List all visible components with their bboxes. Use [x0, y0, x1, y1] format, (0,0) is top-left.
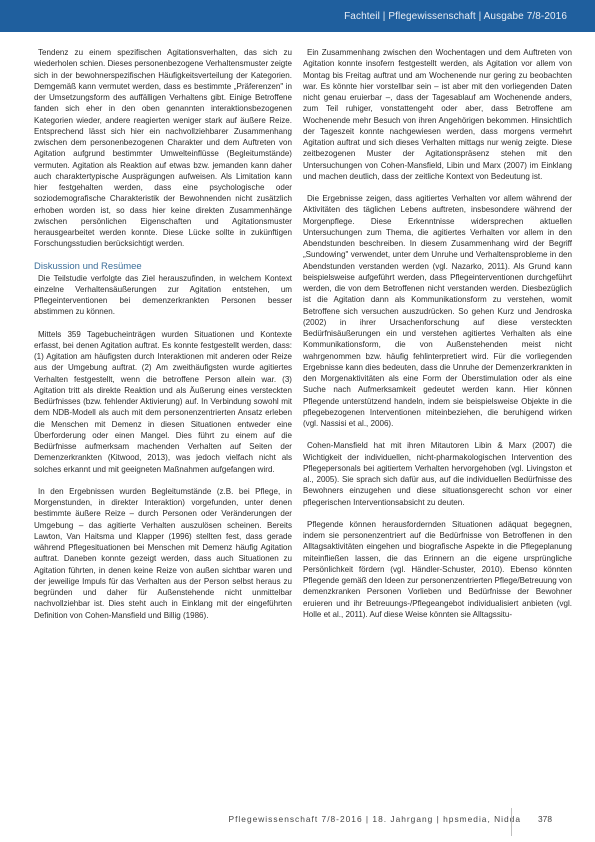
footer-divider	[511, 808, 512, 836]
footer-publication-info: Pflegewissenschaft 7/8-2016 | 18. Jahrga…	[229, 814, 521, 824]
paragraph: Die Teilstudie verfolgte das Ziel heraus…	[34, 273, 292, 318]
page-footer: Pflegewissenschaft 7/8-2016 | 18. Jahrga…	[0, 812, 595, 832]
paragraph: Tendenz zu einem spezifischen Agitations…	[34, 47, 292, 250]
paragraph: Cohen-Mansfield hat mit ihren Mitautoren…	[303, 440, 572, 508]
header-title: Fachteil | Pflegewissenschaft | Ausgabe …	[344, 11, 567, 22]
section-heading: Diskussion und Resümee	[34, 261, 292, 273]
paragraph: Pflegende können herausfordernden Situat…	[303, 519, 572, 620]
left-column: Tendenz zu einem spezifischen Agitations…	[34, 47, 292, 621]
paragraph: Mittels 359 Tagebucheinträgen wurden Sit…	[34, 329, 292, 475]
page-header-bar: Fachteil | Pflegewissenschaft | Ausgabe …	[0, 0, 595, 32]
page-number: 378	[538, 814, 552, 824]
right-column: Ein Zusammenhang zwischen den Wochentage…	[303, 47, 572, 620]
paragraph: Ein Zusammenhang zwischen den Wochentage…	[303, 47, 572, 182]
paragraph: Die Ergebnisse zeigen, dass agitiertes V…	[303, 193, 572, 429]
paragraph: In den Ergebnissen wurden Begleitumständ…	[34, 486, 292, 621]
